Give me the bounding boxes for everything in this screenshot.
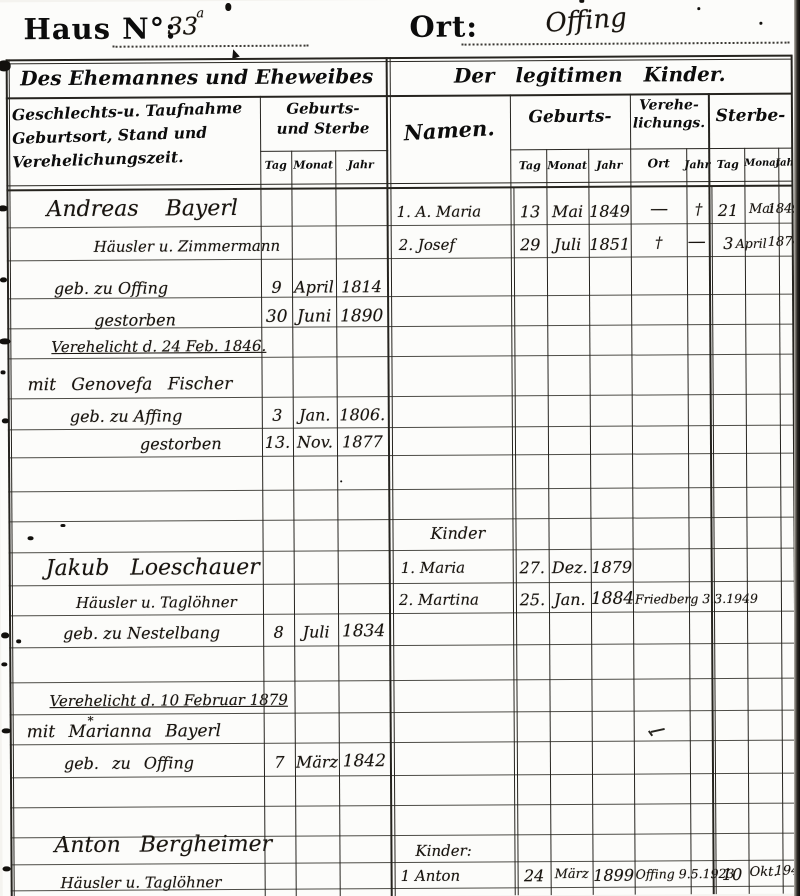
sub-jahr-birth: Jahr	[588, 159, 630, 172]
scan-speck	[697, 7, 700, 10]
scan-speck	[1, 370, 6, 374]
child-row-name: 2. Martina	[399, 591, 479, 609]
rule-line	[10, 803, 796, 809]
sub-tag-birth: Tag	[513, 159, 546, 172]
child-marriage-ort: —	[631, 198, 686, 219]
col-marriage-line1: Verehe-	[630, 97, 708, 113]
children-heading: Kinder	[430, 523, 485, 542]
scan-speck	[0, 60, 11, 71]
wife-2-birth-label: geb. zu Offing	[64, 753, 194, 773]
child-death-month: Okt.	[750, 865, 778, 880]
col-person-line2: Geburtsort, Stand und	[12, 123, 208, 148]
children-heading: Kinder:	[415, 842, 471, 860]
col-person-line3: Verehelichungszeit.	[12, 147, 184, 172]
rule-line	[686, 148, 692, 894]
wife-1-birth-day: 3	[262, 406, 293, 425]
husband-1-death-day: 30	[261, 307, 292, 327]
header-children: Der legitimen Kinder.	[392, 62, 788, 88]
child-death-month: April	[736, 236, 767, 251]
child-birth-year: 1879	[591, 558, 633, 577]
sub-monat-death: Monat	[744, 158, 778, 169]
scan-speck	[1, 632, 9, 638]
rule-line	[546, 149, 552, 895]
child-row-name: 1. A. Maria	[397, 202, 482, 221]
husband-1-birth-month: April	[292, 277, 336, 296]
haus-number-superscript: a	[196, 6, 204, 21]
rule-line	[7, 256, 793, 262]
child-birth-month: Jan.	[549, 590, 591, 609]
husband-1-birth-label: geb. zu Offing	[54, 278, 168, 298]
child-birth-day: 29	[514, 235, 547, 254]
child-death-day: 10	[716, 865, 749, 884]
marriage-1-note: Verehelicht d. 24 Feb. 1846.	[51, 337, 266, 356]
rule-line	[9, 548, 795, 554]
husband-2-birth-label: geb. zu Nestelbang	[63, 623, 220, 643]
col-death-right: Sterbe-	[710, 106, 791, 126]
husband-2-birth-month: Juli	[294, 622, 338, 641]
scan-speck	[28, 536, 34, 540]
scan-speck	[2, 728, 11, 733]
husband-2-name: Jakub Loeschauer	[46, 555, 260, 581]
rule-line	[9, 678, 795, 684]
rule-line	[8, 487, 794, 493]
child-birth-day: 25.	[516, 590, 549, 609]
husband-1-death-month: Juni	[292, 306, 336, 326]
child-row-name: 1. Maria	[401, 559, 465, 577]
child-birth-month: Mai	[547, 202, 589, 221]
ort-value: Offing	[544, 3, 627, 39]
rule-line	[10, 710, 796, 716]
child-death-day: 21	[711, 201, 744, 220]
rule-line	[9, 581, 795, 587]
wife-1-death-label: gestorben	[140, 434, 222, 453]
child-row-name: 2. Josef	[399, 236, 455, 254]
sub-jahr-marriage: Jahr	[684, 158, 710, 171]
col-birth-death-line1: Geburts-	[260, 99, 386, 118]
sub-ort-marriage: Ort	[631, 156, 686, 170]
rule-line	[10, 773, 796, 779]
child-birth-month: März	[551, 867, 593, 882]
scan-speck	[225, 3, 231, 11]
rule-line	[510, 148, 792, 151]
rule-line	[8, 517, 794, 523]
rule-line	[9, 643, 795, 649]
child-row-name: 1 Anton	[401, 867, 461, 885]
rule-line	[291, 151, 297, 896]
child-marriage-ort: †	[639, 233, 679, 251]
child-birth-month: Dez.	[549, 558, 591, 577]
scan-speck	[0, 205, 8, 211]
wife-2-birth-day: 7	[264, 753, 295, 772]
wife-2-birth-month: März	[295, 752, 339, 771]
husband-1-death-year: 1890	[336, 306, 387, 326]
rule-line	[8, 453, 794, 459]
scan-speck	[1, 662, 7, 666]
rule-line	[11, 860, 797, 866]
wife-2-name: mit Marianna Bayerl	[27, 721, 221, 742]
scan-speck	[759, 22, 762, 25]
wife-1-name: mit Genovefa Fischer	[28, 374, 233, 395]
child-birth-year: 1851	[589, 235, 631, 254]
husband-1-birth-year: 1814	[336, 277, 387, 296]
scan-edge	[794, 0, 800, 896]
scan-speck	[340, 480, 342, 482]
husband-1-name: Andreas Bayerl	[46, 196, 238, 222]
child-birth-month: Juli	[547, 235, 589, 254]
child-birth-day: 13	[514, 202, 547, 221]
child-birth-day: 24	[518, 866, 551, 885]
haus-dotted-line	[112, 31, 308, 48]
header-spouses: Des Ehemannes und Eheweibes	[8, 64, 386, 90]
child-birth-year: 1884	[591, 589, 633, 609]
col-names: Namen.	[387, 114, 510, 146]
register-page: Haus N°: 33 a Ort: Offing Des Ehemannes …	[0, 0, 800, 896]
wife-2-birth-year: 1842	[339, 751, 390, 771]
scan-speck	[0, 277, 7, 282]
sub-tag-left: Tag	[260, 159, 291, 172]
wife-1-birth-month: Jan.	[293, 405, 337, 424]
marriage-2-note: Verehelicht d. 10 Februar 1879	[49, 691, 287, 710]
wife-1-birth-label: geb. zu Affing	[70, 406, 183, 426]
husband-2-birth-year: 1834	[338, 621, 389, 641]
scan-speck	[2, 418, 9, 423]
rule-line	[7, 223, 793, 229]
child-marriage-ort: Friedberg 3.3.1949	[635, 591, 758, 607]
child-marriage-year: †	[686, 200, 710, 218]
husband-1-birth-day: 9	[261, 278, 292, 297]
sub-jahr-left: Jahr	[335, 158, 386, 171]
wife-1-death-month: Nov.	[293, 432, 337, 451]
wife-1-death-day: 13.	[262, 433, 293, 452]
rule-line	[335, 150, 341, 896]
rule-line	[260, 150, 388, 152]
husband-2-birth-day: 8	[263, 623, 294, 642]
husband-2-occupation: Häusler u. Taglöhner	[76, 593, 237, 612]
rule-line	[744, 148, 750, 894]
wife-1-death-year: 1877	[337, 432, 388, 451]
scan-speck	[60, 524, 65, 527]
rule-line	[588, 149, 594, 895]
scan-speck	[579, 0, 584, 3]
scan-speck	[0, 338, 10, 344]
sub-monat-left: Monat	[291, 158, 335, 171]
col-person-line1: Geschlechts-u. Taufnahme	[12, 98, 243, 124]
sub-tag-death: Tag	[711, 158, 744, 171]
child-birth-year: 1849	[588, 202, 630, 221]
scan-speck	[16, 639, 21, 643]
col-marriage-line2: lichungs.	[630, 115, 708, 131]
col-birth-death-line2: und Sterbe	[260, 119, 386, 138]
rule-line	[778, 148, 784, 894]
ink-mark-artifact	[651, 728, 665, 732]
col-birth-right: Geburts-	[510, 107, 630, 128]
wife-1-birth-year: 1806.	[337, 405, 388, 424]
scan-speck	[3, 866, 11, 871]
child-birth-year: 1899	[593, 866, 635, 885]
husband-1-occupation: Häusler u. Zimmermann	[94, 237, 281, 256]
sub-monat-birth: Monat	[546, 159, 588, 172]
child-birth-day: 27.	[516, 558, 549, 577]
